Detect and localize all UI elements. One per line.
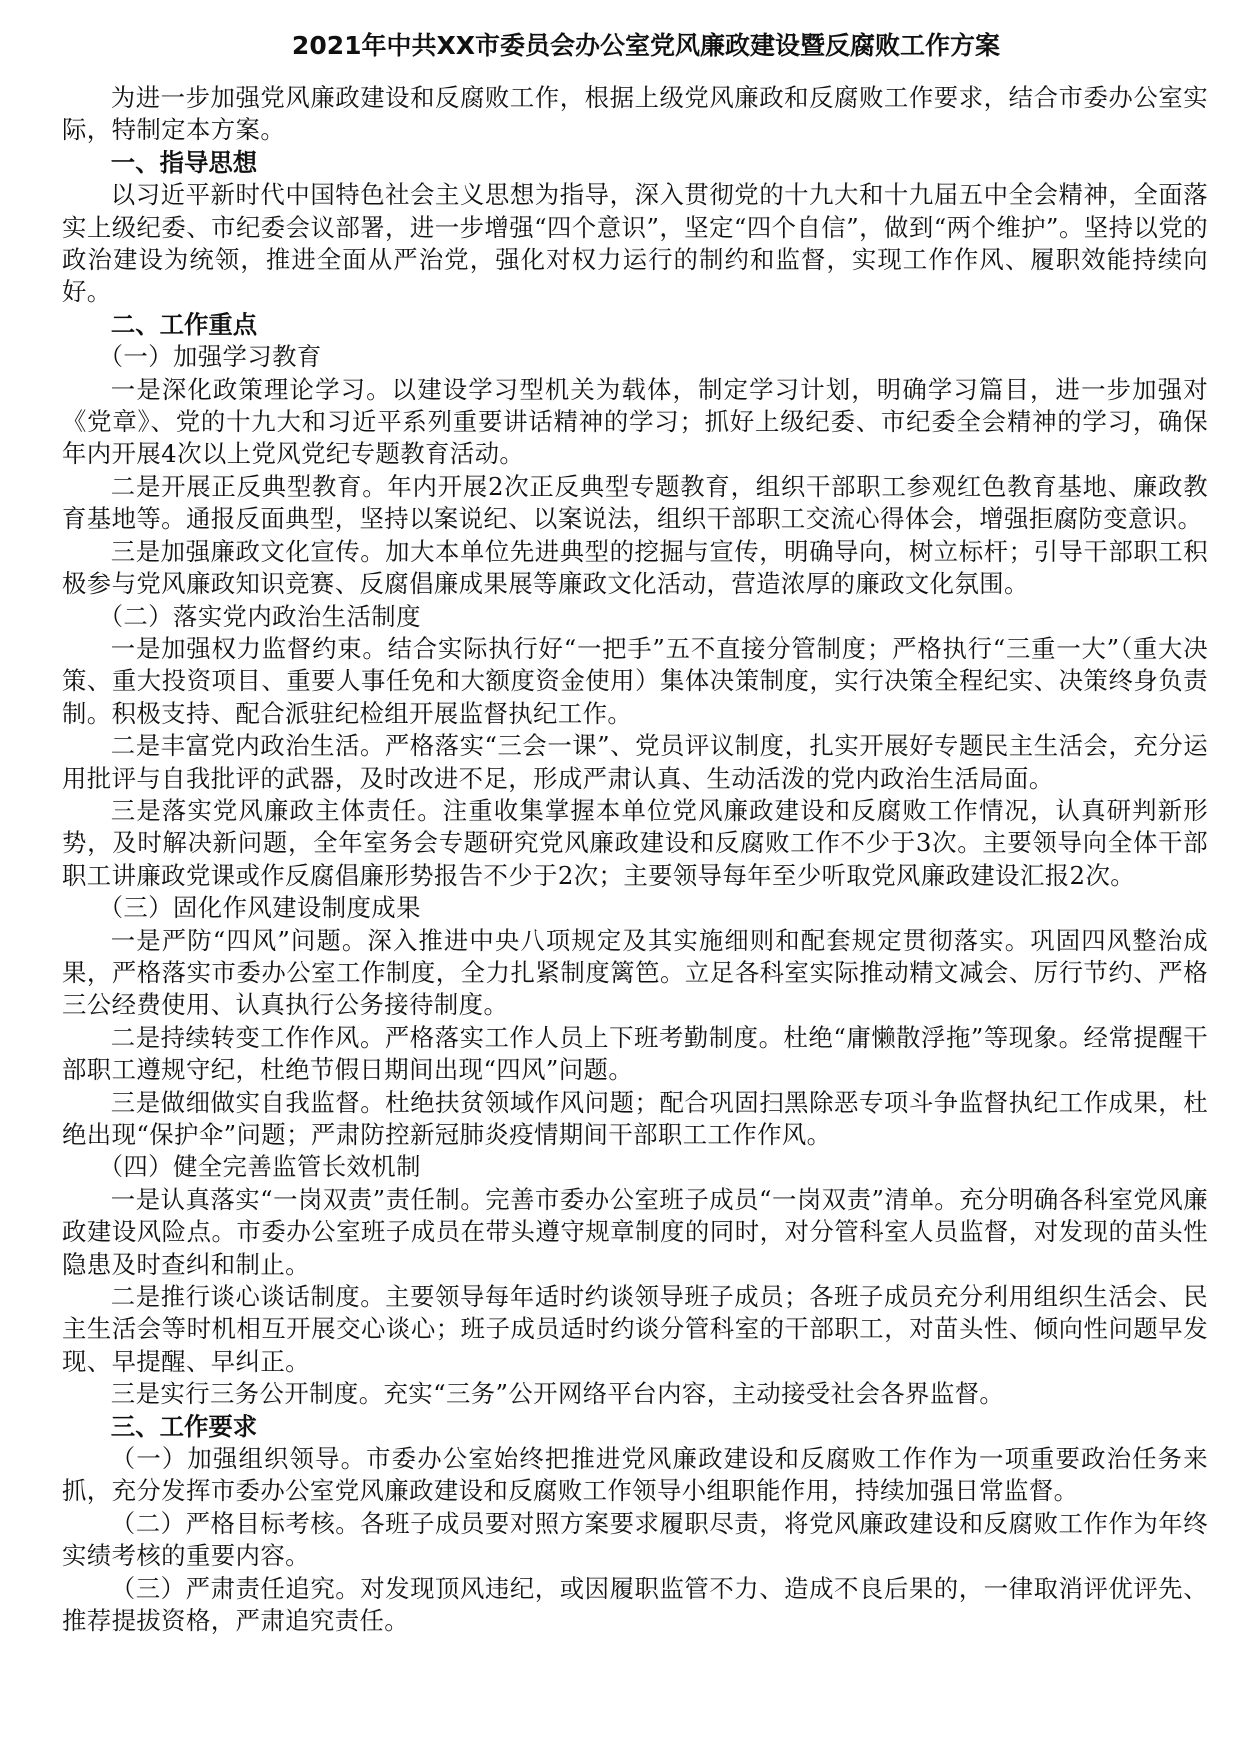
body-paragraph: 三是实行三务公开制度。充实“三务”公开网络平台内容，主动接受社会各界监督。: [62, 1378, 1208, 1410]
section-heading: 三、工作要求: [62, 1411, 1208, 1443]
subsection-study-education: （一）加强学习教育 一是深化政策理论学习。以建设学习型机关为载体，制定学习计划，…: [62, 341, 1208, 600]
subsection-heading: （一）加强学习教育: [62, 341, 1208, 373]
body-paragraph: 一是严防“四风”问题。深入推进中央八项规定及其实施细则和配套规定贯彻落实。巩固四…: [62, 925, 1208, 1022]
document-page: 2021年中共XX市委员会办公室党风廉政建设暨反腐败工作方案 为进一步加强党风廉…: [62, 28, 1208, 1638]
body-paragraph: 一是加强权力监督约束。结合实际执行好“一把手”五不直接分管制度；严格执行“三重一…: [62, 633, 1208, 730]
body-paragraph: 二是推行谈心谈话制度。主要领导每年适时约谈领导班子成员；各班子成员充分利用组织生…: [62, 1281, 1208, 1378]
body-paragraph: 一是深化政策理论学习。以建设学习型机关为载体，制定学习计划，明确学习篇目，进一步…: [62, 374, 1208, 471]
subsection-heading: （四）健全完善监管长效机制: [62, 1151, 1208, 1183]
body-paragraph: 三是落实党风廉政主体责任。注重收集掌握本单位党风廉政建设和反腐败工作情况，认真研…: [62, 795, 1208, 892]
body-paragraph: （一）加强组织领导。市委办公室始终把推进党风廉政建设和反腐败工作作为一项重要政治…: [62, 1443, 1208, 1508]
subsection-work-style: （三）固化作风建设制度成果 一是严防“四风”问题。深入推进中央八项规定及其实施细…: [62, 892, 1208, 1151]
subsection-heading: （二）落实党内政治生活制度: [62, 601, 1208, 633]
body-paragraph: （三）严肃责任追究。对发现顶风违纪，或因履职监管不力、造成不良后果的，一律取消评…: [62, 1573, 1208, 1638]
section-work-requirements: 三、工作要求 （一）加强组织领导。市委办公室始终把推进党风廉政建设和反腐败工作作…: [62, 1411, 1208, 1638]
subsection-heading: （三）固化作风建设制度成果: [62, 892, 1208, 924]
body-paragraph: 以习近平新时代中国特色社会主义思想为指导，深入贯彻党的十九大和十九届五中全会精神…: [62, 179, 1208, 309]
body-paragraph: 二是丰富党内政治生活。严格落实“三会一课”、党员评议制度，扎实开展好专题民主生活…: [62, 730, 1208, 795]
intro-paragraph: 为进一步加强党风廉政建设和反腐败工作，根据上级党风廉政和反腐败工作要求，结合市委…: [62, 82, 1208, 147]
section-heading: 二、工作重点: [62, 309, 1208, 341]
body-paragraph: 三是加强廉政文化宣传。加大本单位先进典型的挖掘与宣传，明确导向，树立标杆；引导干…: [62, 536, 1208, 601]
body-paragraph: 一是认真落实“一岗双责”责任制。完善市委办公室班子成员“一岗双责”清单。充分明确…: [62, 1184, 1208, 1281]
body-paragraph: 三是做细做实自我监督。杜绝扶贫领域作风问题；配合巩固扫黑除恶专项斗争监督执纪工作…: [62, 1087, 1208, 1152]
body-paragraph: 二是持续转变工作作风。严格落实工作人员上下班考勤制度。杜绝“庸懒散浮拖”等现象。…: [62, 1022, 1208, 1087]
section-heading: 一、指导思想: [62, 147, 1208, 179]
subsection-party-political-life: （二）落实党内政治生活制度 一是加强权力监督约束。结合实际执行好“一把手”五不直…: [62, 601, 1208, 893]
body-paragraph: （二）严格目标考核。各班子成员要对照方案要求履职尽责，将党风廉政建设和反腐败工作…: [62, 1508, 1208, 1573]
section-work-focus: 二、工作重点 （一）加强学习教育 一是深化政策理论学习。以建设学习型机关为载体，…: [62, 309, 1208, 1411]
document-title: 2021年中共XX市委员会办公室党风廉政建设暨反腐败工作方案: [84, 28, 1208, 64]
subsection-supervision-mechanism: （四）健全完善监管长效机制 一是认真落实“一岗双责”责任制。完善市委办公室班子成…: [62, 1151, 1208, 1410]
body-paragraph: 二是开展正反典型教育。年内开展2次正反典型专题教育，组织干部职工参观红色教育基地…: [62, 471, 1208, 536]
section-guiding-thought: 一、指导思想 以习近平新时代中国特色社会主义思想为指导，深入贯彻党的十九大和十九…: [62, 147, 1208, 309]
